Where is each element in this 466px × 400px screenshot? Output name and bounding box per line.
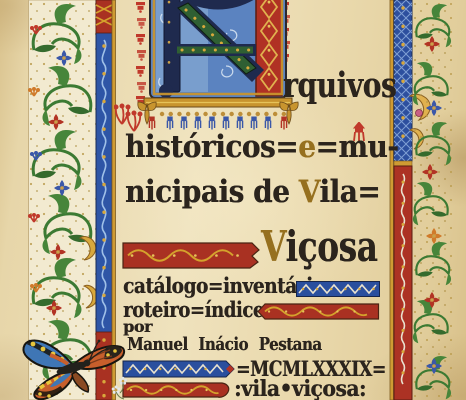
blue-wave-bar-2 [122, 360, 236, 378]
gilded-initial-v-vila: V [299, 174, 320, 210]
illuminated-initial-a-art [114, 0, 302, 132]
title-line2-post: =mu- [315, 129, 398, 165]
red-ornament-column-left [136, 2, 146, 107]
subtitle-catalogo: catálogo=inventário [123, 275, 324, 296]
red-gold-scroll-bar-2 [257, 303, 380, 320]
red-sprig-ornament [114, 104, 142, 131]
title-line4-rest: içosa [285, 222, 377, 271]
manuscript-page: A [0, 0, 466, 400]
title-line-vicosa: Viçosa [261, 226, 377, 268]
right-floral-border [388, 0, 460, 400]
title-line3-post: ila= [319, 174, 380, 210]
imprint-place: :vila•viçosa: [234, 378, 366, 400]
blue-wave-bar-1 [296, 281, 380, 297]
right-floral-border-art [388, 0, 460, 400]
butterfly-icon [20, 330, 128, 400]
byline-author: Manuel Inácio Pestana [127, 336, 322, 354]
illuminated-initial-a: A [114, 0, 302, 132]
title-line-historicos: históricos=e=mu- [125, 132, 398, 163]
floret-ornament [112, 377, 127, 399]
decorative-ampersand-e: e [298, 129, 315, 165]
title-line2-pre: históricos= [125, 129, 298, 165]
title-line-nicipais: nicipais de Vila= [125, 177, 380, 208]
tassel-fringe [149, 117, 286, 130]
red-gold-scroll-bar-vicosa [122, 242, 260, 269]
gilded-initial-v-vicosa: V [261, 222, 285, 271]
red-gold-scroll-bar-3 [122, 382, 232, 398]
title-line-arquivos: rquivos [283, 68, 396, 103]
title-line3-pre: nicipais de [125, 174, 299, 210]
